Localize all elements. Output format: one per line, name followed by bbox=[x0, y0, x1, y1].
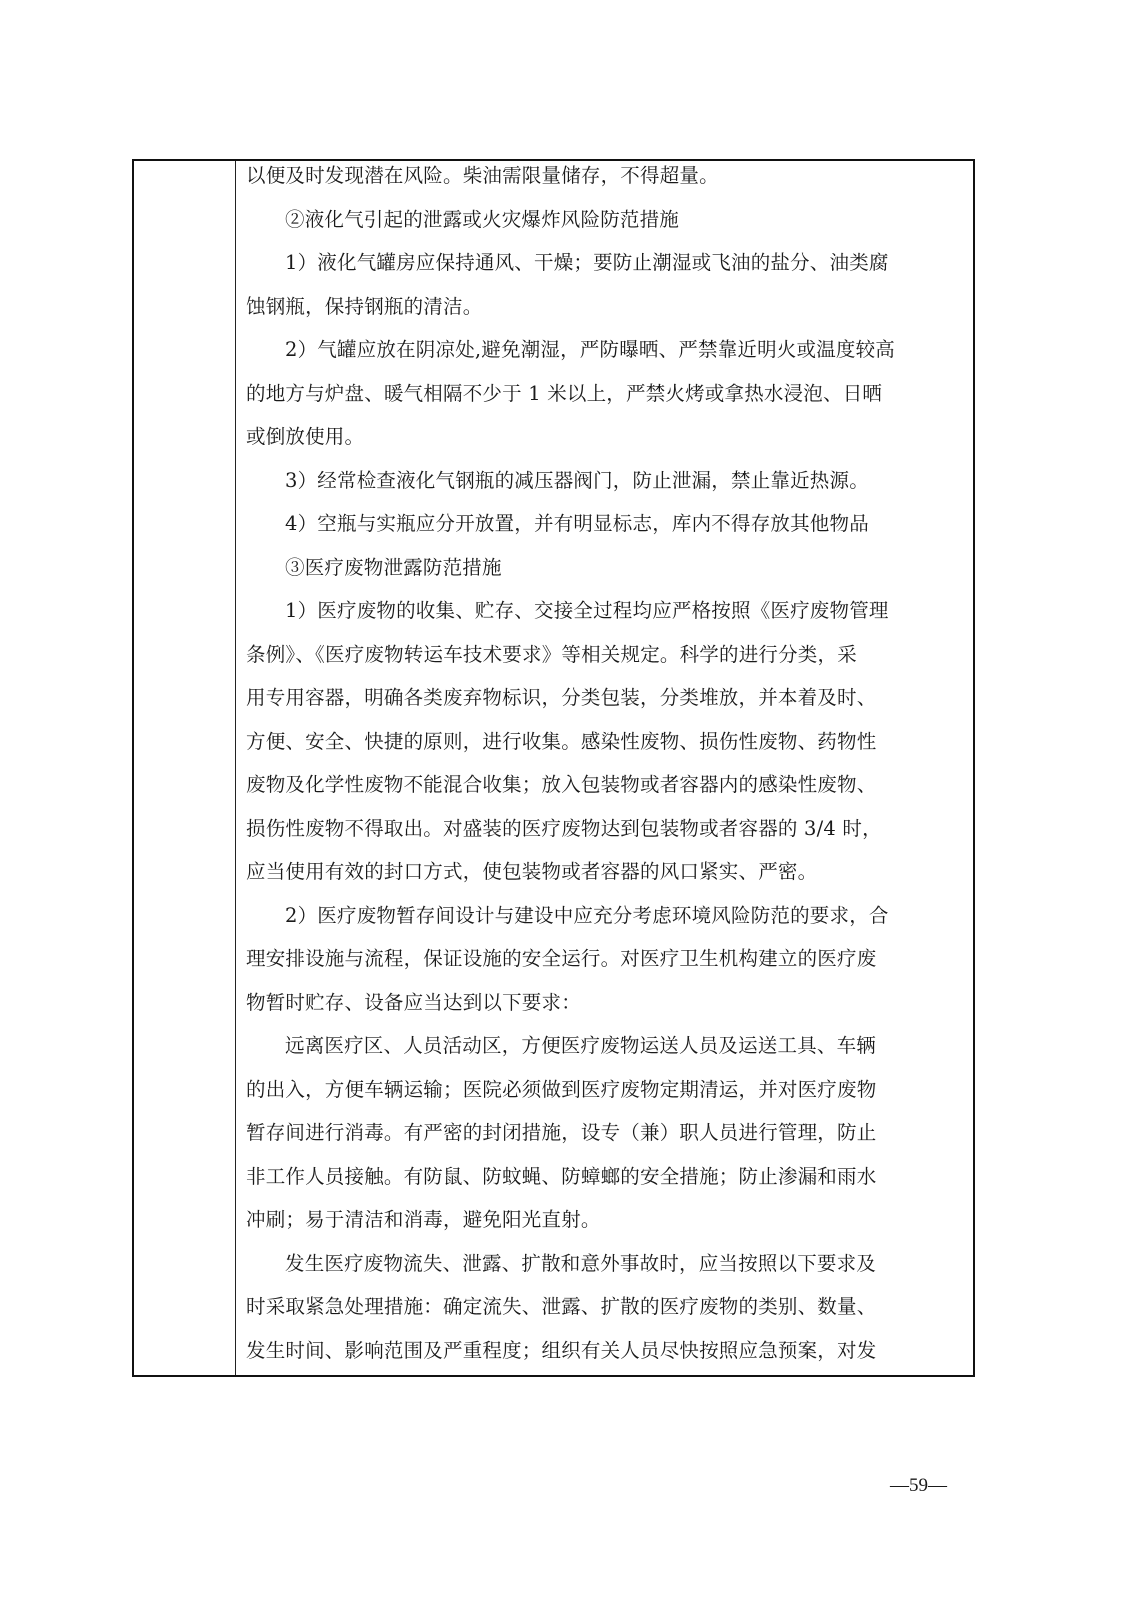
text-line: 发生医疗废物流失、泄露、扩散和意外事故时，应当按照以下要求及 bbox=[246, 1249, 961, 1293]
text-line: 物暂时贮存、设备应当达到以下要求： bbox=[246, 988, 961, 1032]
text-line: 方便、安全、快捷的原则，进行收集。感染性废物、损伤性废物、药物性 bbox=[246, 727, 961, 771]
text-line: 3）经常检查液化气钢瓶的减压器阀门，防止泄漏，禁止靠近热源。 bbox=[246, 466, 961, 510]
text-line: 1）液化气罐房应保持通风、干燥；要防止潮湿或飞油的盐分、油类腐 bbox=[246, 248, 961, 292]
text-line: 1）医疗废物的收集、贮存、交接全过程均应严格按照《医疗废物管理 bbox=[246, 596, 961, 640]
text-line: ③医疗废物泄露防范措施 bbox=[246, 553, 961, 597]
text-line: ②液化气引起的泄露或火灾爆炸风险防范措施 bbox=[246, 205, 961, 249]
text-line: 暂存间进行消毒。有严密的封闭措施，设专（兼）职人员进行管理，防止 bbox=[246, 1118, 961, 1162]
text-line: 4）空瓶与实瓶应分开放置，并有明显标志，库内不得存放其他物品 bbox=[246, 509, 961, 553]
text-line: 蚀钢瓶，保持钢瓶的清洁。 bbox=[246, 292, 961, 336]
text-line: 冲刷；易于清洁和消毒，避免阳光直射。 bbox=[246, 1205, 961, 1249]
text-line: 理安排设施与流程，保证设施的安全运行。对医疗卫生机构建立的医疗废 bbox=[246, 944, 961, 988]
text-line: 2）医疗废物暂存间设计与建设中应充分考虑环境风险防范的要求，合 bbox=[246, 901, 961, 945]
text-line: 废物及化学性废物不能混合收集；放入包装物或者容器内的感染性废物、 bbox=[246, 770, 961, 814]
text-line: 用专用容器，明确各类废弃物标识，分类包装，分类堆放，并本着及时、 bbox=[246, 683, 961, 727]
text-line: 非工作人员接触。有防鼠、防蚊蝇、防蟑螂的安全措施；防止渗漏和雨水 bbox=[246, 1162, 961, 1206]
page-number: —59— bbox=[890, 1475, 947, 1497]
text-line: 条例》、《医疗废物转运车技术要求》等相关规定。科学的进行分类，采 bbox=[246, 640, 961, 684]
text-line: 损伤性废物不得取出。对盛装的医疗废物达到包装物或者容器的 3/4 时， bbox=[246, 814, 961, 858]
text-line: 的出入，方便车辆运输；医院必须做到医疗废物定期清运，并对医疗废物 bbox=[246, 1075, 961, 1119]
table-content-cell: 以便及时发现潜在风险。柴油需限量储存，不得超量。②液化气引起的泄露或火灾爆炸风险… bbox=[246, 161, 961, 1379]
text-line: 以便及时发现潜在风险。柴油需限量储存，不得超量。 bbox=[246, 161, 961, 205]
table-left-column bbox=[134, 161, 236, 1375]
text-line: 时采取紧急处理措施：确定流失、泄露、扩散的医疗废物的类别、数量、 bbox=[246, 1292, 961, 1336]
text-line: 或倒放使用。 bbox=[246, 422, 961, 466]
text-line: 2）气罐应放在阴凉处,避免潮湿，严防曝晒、严禁靠近明火或温度较高 bbox=[246, 335, 961, 379]
content-table: 以便及时发现潜在风险。柴油需限量储存，不得超量。②液化气引起的泄露或火灾爆炸风险… bbox=[132, 159, 975, 1377]
text-line: 发生时间、影响范围及严重程度；组织有关人员尽快按照应急预案，对发 bbox=[246, 1336, 961, 1380]
text-line: 远离医疗区、人员活动区，方便医疗废物运送人员及运送工具、车辆 bbox=[246, 1031, 961, 1075]
text-line: 的地方与炉盘、暖气相隔不少于 1 米以上，严禁火烤或拿热水浸泡、日晒 bbox=[246, 379, 961, 423]
text-line: 应当使用有效的封口方式，使包装物或者容器的风口紧实、严密。 bbox=[246, 857, 961, 901]
